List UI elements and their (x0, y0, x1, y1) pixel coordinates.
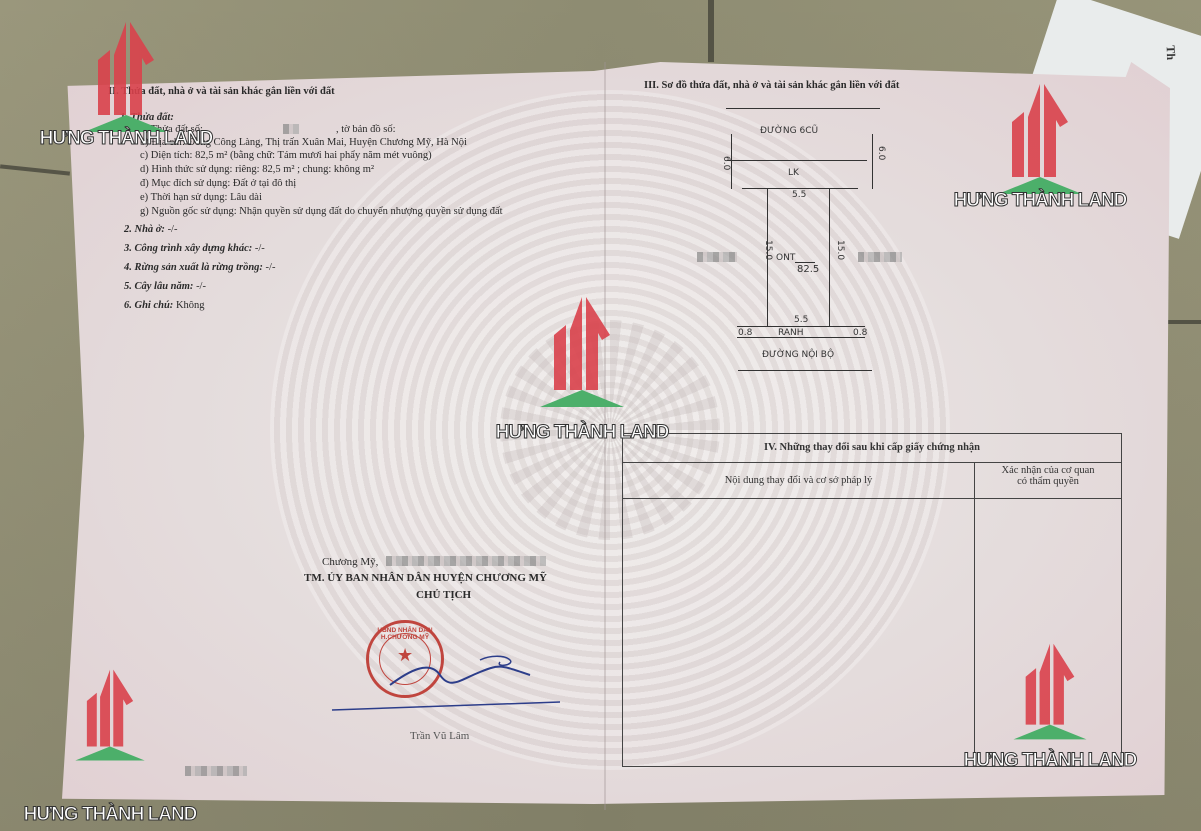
tile-grout (708, 0, 714, 62)
use-term: e) Thời hạn sử dụng: Lâu dài (140, 192, 262, 203)
redacted-neighbor-left (697, 252, 737, 262)
watermark-logo: HƯNG THÀNH LAND (940, 82, 1140, 212)
strip-label: LK (788, 168, 799, 178)
parcel-area: 82.5 (797, 264, 819, 275)
left-length: 15.0 (763, 240, 773, 260)
redacted-mark (185, 766, 247, 776)
signature (330, 650, 560, 720)
place-date: Chương Mỹ, (322, 556, 378, 568)
watermark-logo: HƯNG THÀNH LAND (950, 642, 1150, 772)
signer-name: Trần Vũ Lâm (410, 730, 469, 742)
table-title-row: IV. Những thay đổi sau khi cấp giấy chứn… (623, 434, 1121, 463)
ht-logo-icon (540, 290, 624, 415)
watermark-logo: HƯNG THÀNH LAND (26, 20, 226, 150)
use-form: d) Hình thức sử dụng: riêng: 82,5 m² ; c… (140, 164, 374, 175)
watermark-logo: HƯNG THÀNH LAND (482, 290, 682, 420)
col-confirm-header: Xác nhận của cơ quan có thẩm quyền (975, 465, 1121, 487)
map-sheet: , tờ bản đồ số: (336, 124, 396, 135)
right-length: 15.0 (835, 240, 845, 260)
section-iii-title: III. Sơ đồ thửa đất, nhà ở và tài sản kh… (644, 80, 899, 91)
signer-position: CHỦ TỊCH (416, 589, 471, 601)
bottom-road-label: ĐƯỜNG NỘI BỘ (762, 350, 834, 360)
ht-logo-icon (84, 20, 168, 135)
right-strip-depth: 6.0 (876, 146, 886, 160)
left-strip-depth: 6.0 (721, 156, 731, 170)
bottom-width: 5.5 (794, 315, 808, 325)
watermark-logo: HƯNG THÀNH LAND (10, 668, 210, 798)
redacted-date (386, 556, 546, 566)
table-header-row: Nội dung thay đổi và cơ sở pháp lý Xác n… (623, 462, 1121, 499)
redacted-parcel (283, 124, 299, 134)
col-changes-header: Nội dung thay đổi và cơ sở pháp lý (623, 475, 974, 486)
land-code: ONT (776, 253, 795, 263)
list-item: 2. Nhà ở: -/- (124, 224, 177, 235)
section-iv-title: IV. Những thay đổi sau khi cấp giấy chứn… (623, 442, 1121, 453)
list-item: 6. Ghi chú: Không (124, 300, 205, 311)
list-item: 3. Công trình xây dựng khác: -/- (124, 243, 265, 254)
list-item: 4. Rừng sản xuất là rừng trồng: -/- (124, 262, 275, 273)
top-width: 5.5 (792, 190, 806, 200)
ht-logo-icon (1008, 642, 1092, 742)
ht-logo-icon (68, 668, 152, 763)
ht-logo-icon (998, 82, 1082, 197)
redacted-neighbor-right (858, 252, 902, 262)
list-item: 5. Cây lâu năm: -/- (124, 281, 206, 292)
use-purpose: đ) Mục đích sử dụng: Đất ở tại đô thị (140, 178, 296, 189)
use-origin: g) Nguồn gốc sử dụng: Nhận quyền sử dụng… (140, 206, 503, 217)
top-road-label: ĐƯỜNG 6CŨ (760, 126, 818, 136)
area: c) Diện tích: 82,5 m² (bằng chữ: Tám mươ… (140, 150, 432, 161)
issuing-authority: TM. ỦY BAN NHÂN DÂN HUYỆN CHƯƠNG MỸ (304, 572, 547, 584)
